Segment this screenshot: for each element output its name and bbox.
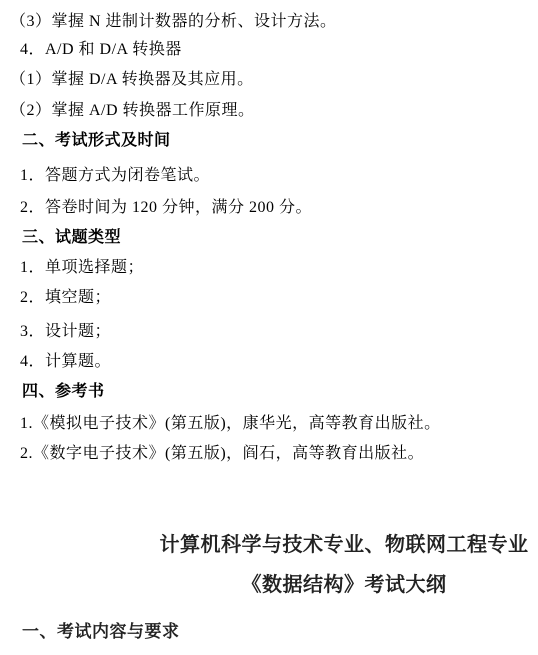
item-type-design: 3．设计题； <box>20 323 111 341</box>
outline-item-da-application: （1）掌握 D/A 转换器及其应用。 <box>10 71 254 89</box>
document-page: （3）掌握 N 进制计数器的分析、设计方法。 4．A/D 和 D/A 转换器 （… <box>0 0 538 655</box>
outline-item-ad-principle: （2）掌握 A/D 转换器工作原理。 <box>10 102 255 120</box>
next-exam-title-majors: 计算机科学与技术专业、物联网工程专业 <box>148 532 538 558</box>
heading-exam-format: 二、考试形式及时间 <box>22 132 171 150</box>
item-exam-duration-score: 2．答卷时间为 120 分钟，满分 200 分。 <box>20 199 312 217</box>
next-exam-title-subject: 《数据结构》考试大纲 <box>148 572 538 598</box>
heading-references: 四、参考书 <box>22 383 105 401</box>
item-type-calculation: 4．计算题。 <box>20 353 111 371</box>
heading-question-types: 三、试题类型 <box>22 229 121 247</box>
item-type-multiple-choice: 1．单项选择题； <box>20 259 144 277</box>
item-type-fill-blank: 2．填空题； <box>20 289 111 307</box>
outline-item-ad-da-converter: 4．A/D 和 D/A 转换器 <box>20 41 182 59</box>
reference-book-digital-electronics: 2.《数字电子技术》(第五版)，阎石，高等教育出版社。 <box>20 445 424 463</box>
outline-item-n-counter: （3）掌握 N 进制计数器的分析、设计方法。 <box>10 13 337 31</box>
item-exam-method: 1．答题方式为闭卷笔试。 <box>20 167 210 185</box>
heading-exam-content-requirements: 一、考试内容与要求 <box>22 622 180 642</box>
reference-book-analog-electronics: 1.《模拟电子技术》(第五版)，康华光，高等教育出版社。 <box>20 415 441 433</box>
